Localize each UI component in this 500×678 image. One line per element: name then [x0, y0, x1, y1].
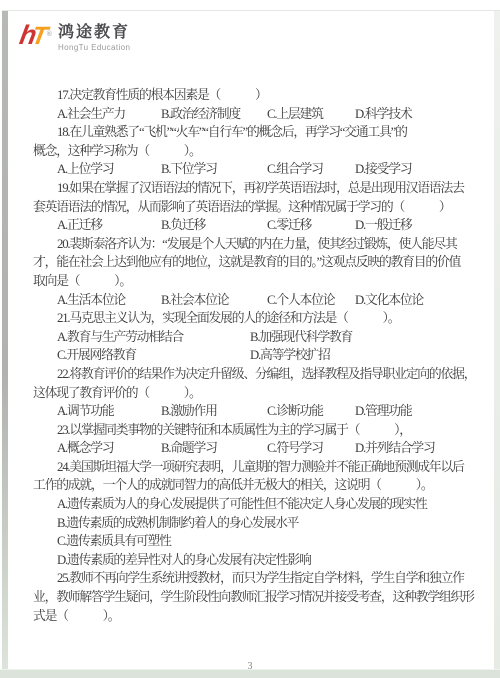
q19-stem-line: 套英语语法的情况，从而影响了英语语法的掌握。这种情况属于学习的（ ） — [33, 198, 469, 217]
q21-stem-line: 21.马克思主义认为，实现全面发展的人的途径和方法是（ ）。 — [33, 309, 469, 328]
q22-option-C: C.诊断功能 — [267, 402, 355, 421]
q24-option-D: D.遗传素质的差异性对人的身心发展有决定性影响 — [57, 551, 469, 570]
q18-options-row: A.上位学习B.下位学习C.组合学习D.接受学习 — [33, 160, 469, 179]
q22-stem-line: 这体现了教育评价的（ ）。 — [33, 384, 469, 403]
q24-options-row: C.遗传素质具有可塑性 — [33, 532, 469, 551]
q21-option-D: D.高等学校扩招 — [250, 346, 469, 365]
q23-option-A: A.概念学习 — [57, 439, 161, 458]
q24-option-A: A.遗传素质为人的身心发展提供了可能性但不能决定人身心发展的现实性 — [57, 495, 469, 514]
q24-stem-line: 24.美国斯坦福大学一项研究表明，儿童期的智力测验并不能正确地预测成年以后 — [33, 458, 469, 477]
brand-name-chinese: 鸿途教育 — [58, 24, 130, 42]
q19-option-C: C.零迁移 — [267, 216, 355, 235]
hongtu-logo: hT® 鸿途教育 HongTu Education — [20, 24, 130, 52]
q23-option-D: D.并列结合学习 — [355, 439, 469, 458]
q17-option-B: B.政治经济制度 — [161, 105, 267, 124]
q22-option-B: B.激励作用 — [161, 402, 267, 421]
q24-option-C: C.遗传素质具有可塑性 — [57, 532, 469, 551]
page-number: 3 — [0, 661, 500, 672]
q22-option-A: A.调节功能 — [57, 402, 161, 421]
q20-stem-line: 才，能在社会上达到他应有的地位，这就是教育的目的。”这观点反映的教育目的价值 — [33, 253, 469, 272]
q18-stem-line: 18.在儿童熟悉了“飞机”“火车”“自行车”的概念后，再学习“交通工具”的 — [33, 123, 469, 142]
q22-stem-line: 22.将教育评价的结果作为决定升留级、分编组，选择教程及指导职业定向的依据， — [33, 365, 469, 384]
brand-text: 鸿途教育 HongTu Education — [58, 24, 130, 52]
q19-option-D: D.一般迁移 — [355, 216, 469, 235]
q18-option-B: B.下位学习 — [161, 160, 267, 179]
brand-name-english: HongTu Education — [58, 43, 130, 52]
q20-option-D: D.文化本位论 — [355, 291, 469, 310]
exam-page-scan: { "header": { "logo_h": "h", "logo_t": "… — [0, 0, 500, 678]
q20-option-A: A.生活本位论 — [57, 291, 161, 310]
q18-option-C: C.组合学习 — [267, 160, 355, 179]
q24-options-row: A.遗传素质为人的身心发展提供了可能性但不能决定人身心发展的现实性 — [33, 495, 469, 514]
q21-option-C: C.开展网络教育 — [57, 346, 250, 365]
q25-stem-line: 业，教师解答学生疑问，学生阶段性向教师汇报学习情况并接受考查，这种教学组织形 — [33, 588, 469, 607]
page-left-edge-shadow — [2, 10, 8, 669]
q21-options-row: C.开展网络教育D.高等学校扩招 — [33, 346, 469, 365]
hongtu-logo-icon: hT® — [20, 24, 52, 51]
q22-option-D: D.管理功能 — [355, 402, 469, 421]
q24-options-row: D.遗传素质的差异性对人的身心发展有决定性影响 — [33, 551, 469, 570]
q18-stem-line: 概念，这种学习称为（ ）。 — [33, 142, 469, 161]
q17-option-A: A.社会生产力 — [57, 105, 161, 124]
q20-option-B: B.社会本位论 — [161, 291, 267, 310]
q19-option-B: B.负迁移 — [161, 216, 267, 235]
q19-options-row: A.正迁移B.负迁移C.零迁移D.一般迁移 — [33, 216, 469, 235]
q24-option-B: B.遗传素质的成熟机制制约着人的身心发展水平 — [57, 514, 469, 533]
q18-option-D: D.接受学习 — [355, 160, 469, 179]
q23-option-B: B.命题学习 — [161, 439, 267, 458]
q20-options-row: A.生活本位论B.社会本位论C.个人本位论D.文化本位论 — [33, 291, 469, 310]
q17-options-row: A.社会生产力B.政治经济制度C.上层建筑D.科学技术 — [33, 105, 469, 124]
q25-stem-line: 25.教师不再向学生系统讲授教材，而只为学生指定自学材料，学生自学和独立作 — [33, 569, 469, 588]
q19-option-A: A.正迁移 — [57, 216, 161, 235]
q17-option-D: D.科学技术 — [355, 105, 469, 124]
q21-option-B: B.加强现代科学教育 — [250, 328, 469, 347]
q19-stem-line: 19.如果在掌握了汉语语法的情况下，再初学英语语法时，总是出现用汉语语法去 — [33, 179, 469, 198]
q21-option-A: A.教育与生产劳动相结合 — [57, 328, 250, 347]
q17-option-C: C.上层建筑 — [267, 105, 355, 124]
q23-options-row: A.概念学习B.命题学习C.符号学习D.并列结合学习 — [33, 439, 469, 458]
q20-stem-line: 取向是（ ）。 — [33, 272, 469, 291]
q23-option-C: C.符号学习 — [267, 439, 355, 458]
q25-stem-line: 式是（ ）。 — [33, 607, 469, 626]
q20-stem-line: 20.裴斯泰洛齐认为：“发展是个人天赋的内在力量，使其经过锻炼，使人能尽其 — [33, 235, 469, 254]
q17-stem-line: 17.决定教育性质的根本因素是（ ） — [33, 86, 469, 105]
logo-letter-t: T — [30, 25, 49, 47]
page-right-edge-shadow — [494, 10, 500, 669]
q24-options-row: B.遗传素质的成熟机制制约着人的身心发展水平 — [33, 514, 469, 533]
q20-option-C: C.个人本位论 — [267, 291, 355, 310]
q21-options-row: A.教育与生产劳动相结合B.加强现代科学教育 — [33, 328, 469, 347]
question-list: 17.决定教育性质的根本因素是（ ）A.社会生产力B.政治经济制度C.上层建筑D… — [33, 86, 469, 625]
q23-stem-line: 23.以掌握同类事物的关键特征和本质属性为主的学习属于（ ）， — [33, 421, 469, 440]
q24-stem-line: 工作的成就，一个人的成就同智力的高低并无极大的相关，这说明（ ）。 — [33, 476, 469, 495]
page-top-edge-line — [2, 10, 500, 11]
q18-option-A: A.上位学习 — [57, 160, 161, 179]
q22-options-row: A.调节功能B.激励作用C.诊断功能D.管理功能 — [33, 402, 469, 421]
